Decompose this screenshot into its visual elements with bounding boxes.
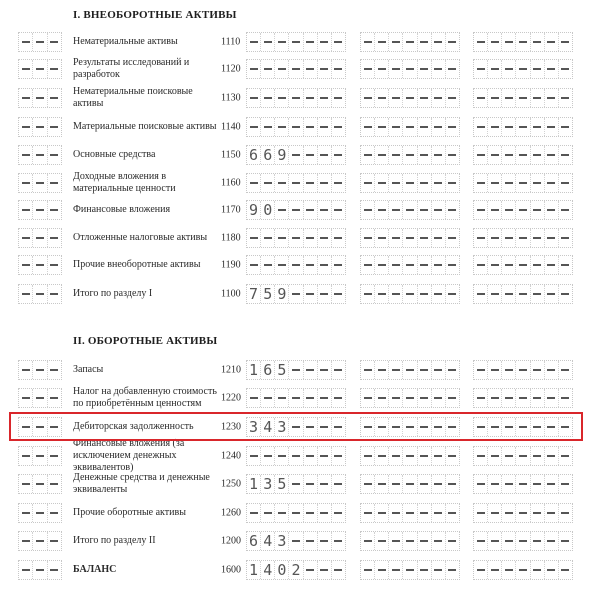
digit-slot: [331, 504, 345, 522]
note-cell[interactable]: [18, 503, 62, 523]
digit-slot: [474, 174, 487, 192]
digit-slot: [402, 504, 416, 522]
value-cell-3[interactable]: [473, 446, 573, 466]
digit-slot: [388, 174, 402, 192]
digit-slot: [501, 418, 515, 436]
row-label: Материальные поисковые активы: [73, 121, 221, 133]
digit-slot: [32, 418, 46, 436]
digit-slot: [558, 256, 572, 274]
digit-slot: [274, 33, 288, 51]
note-cell[interactable]: [18, 284, 62, 304]
digit-slot: [388, 201, 402, 219]
digit-slot: [445, 285, 459, 303]
digit-slot: [361, 504, 374, 522]
digit-slot: [417, 447, 431, 465]
value-cell-3[interactable]: [473, 173, 573, 193]
note-cell[interactable]: [18, 474, 62, 494]
value-cell-1[interactable]: 669: [246, 145, 346, 165]
digit-slot: [317, 418, 331, 436]
value-cell-1[interactable]: [246, 59, 346, 79]
digit-slot: [445, 475, 459, 493]
digit-slot: [402, 118, 416, 136]
value-cell-2[interactable]: [360, 388, 460, 408]
digit-slot: [487, 361, 501, 379]
digit-slot: [361, 561, 374, 579]
row-label: Итого по разделу II: [73, 535, 221, 547]
digit-slot: 9: [274, 285, 288, 303]
row-label: Основные средства: [73, 149, 221, 161]
row-code: 1220: [221, 393, 241, 404]
digit-slot: [288, 60, 302, 78]
digit-slot: [431, 33, 445, 51]
digit-slot: [501, 89, 515, 107]
digit-slot: [474, 561, 487, 579]
digit-slot: [501, 229, 515, 247]
note-cell[interactable]: [18, 145, 62, 165]
digit-slot: [530, 229, 544, 247]
value-cell-2[interactable]: [360, 173, 460, 193]
value-cell-2[interactable]: [360, 59, 460, 79]
value-cell-3[interactable]: [473, 200, 573, 220]
form-row-1240: Финансовые вложения (за исключением дене…: [0, 442, 600, 470]
value-cell-2[interactable]: [360, 417, 460, 437]
row-label: БАЛАНС: [73, 564, 221, 576]
digit-slot: [544, 229, 558, 247]
digit-slot: [445, 447, 459, 465]
digit-slot: [445, 504, 459, 522]
digit-slot: [544, 146, 558, 164]
digit-slot: [19, 561, 32, 579]
digit-slot: [515, 174, 529, 192]
value-cell-1[interactable]: [246, 503, 346, 523]
digit-slot: [487, 89, 501, 107]
note-cell[interactable]: [18, 388, 62, 408]
value-cell-3[interactable]: [473, 560, 573, 580]
digit-slot: [515, 89, 529, 107]
digit-slot: [19, 285, 32, 303]
digit-slot: [274, 389, 288, 407]
digit-slot: [487, 60, 501, 78]
value-cell-2[interactable]: [360, 531, 460, 551]
digit-slot: [501, 118, 515, 136]
digit-slot: [303, 361, 317, 379]
digit-slot: 4: [260, 418, 274, 436]
digit-slot: [388, 447, 402, 465]
digit-slot: [544, 256, 558, 274]
value-cell-1[interactable]: 343: [246, 417, 346, 437]
form-row-1250: Денежные средства и денежные эквиваленты…: [0, 470, 600, 498]
row-label: Дебиторская задолженность: [73, 421, 221, 433]
digit-slot: [417, 201, 431, 219]
digit-slot: [361, 389, 374, 407]
digit-slot: [402, 33, 416, 51]
value-cell-1[interactable]: 165: [246, 360, 346, 380]
row-label: Нематериальные активы: [73, 36, 221, 48]
digit-slot: [530, 504, 544, 522]
note-cell[interactable]: [18, 173, 62, 193]
digit-slot: [19, 389, 32, 407]
digit-slot: [544, 89, 558, 107]
form-row-1130: Нематериальные поисковые активы1130: [0, 84, 600, 112]
value-cell-1[interactable]: 1402: [246, 560, 346, 580]
digit-slot: [515, 418, 529, 436]
value-cell-1[interactable]: [246, 117, 346, 137]
digit-slot: [445, 201, 459, 219]
digit-slot: [32, 447, 46, 465]
digit-slot: [487, 504, 501, 522]
digit-slot: 5: [274, 475, 288, 493]
digit-slot: [558, 447, 572, 465]
digit-slot: [288, 532, 302, 550]
digit-slot: [445, 229, 459, 247]
digit-slot: [303, 174, 317, 192]
digit-slot: [445, 89, 459, 107]
row-code: 1600: [221, 565, 241, 576]
digit-slot: [331, 174, 345, 192]
digit-slot: [501, 285, 515, 303]
digit-slot: [474, 447, 487, 465]
digit-slot: [303, 561, 317, 579]
digit-slot: 5: [274, 361, 288, 379]
digit-slot: 6: [247, 532, 260, 550]
value-cell-2[interactable]: [360, 255, 460, 275]
digit-slot: [47, 285, 61, 303]
digit-slot: [274, 118, 288, 136]
digit-slot: [317, 118, 331, 136]
row-code: 1150: [221, 150, 241, 161]
digit-slot: [501, 33, 515, 51]
digit-slot: [303, 118, 317, 136]
digit-slot: [544, 285, 558, 303]
digit-slot: [317, 33, 331, 51]
digit-slot: [544, 60, 558, 78]
row-code: 1100: [221, 289, 241, 300]
digit-slot: [474, 504, 487, 522]
digit-slot: [274, 229, 288, 247]
digit-slot: [530, 389, 544, 407]
digit-slot: [303, 475, 317, 493]
digit-slot: 1: [247, 475, 260, 493]
digit-slot: [417, 89, 431, 107]
digit-slot: [361, 146, 374, 164]
digit-slot: [417, 532, 431, 550]
digit-slot: [402, 561, 416, 579]
value-cell-1[interactable]: [246, 32, 346, 52]
digit-slot: [487, 561, 501, 579]
value-cell-3[interactable]: [473, 88, 573, 108]
value-cell-1[interactable]: [246, 388, 346, 408]
value-cell-2[interactable]: [360, 32, 460, 52]
digit-slot: [32, 60, 46, 78]
digit-slot: [474, 89, 487, 107]
digit-slot: [544, 504, 558, 522]
value-cell-1[interactable]: [246, 88, 346, 108]
digit-slot: [431, 118, 445, 136]
digit-slot: [288, 361, 302, 379]
digit-slot: [317, 174, 331, 192]
digit-slot: [544, 361, 558, 379]
digit-slot: [331, 60, 345, 78]
note-cell[interactable]: [18, 446, 62, 466]
digit-slot: [431, 146, 445, 164]
digit-slot: [388, 89, 402, 107]
digit-slot: [303, 146, 317, 164]
digit-slot: [402, 229, 416, 247]
digit-slot: [247, 118, 260, 136]
digit-slot: [431, 389, 445, 407]
digit-slot: [544, 33, 558, 51]
digit-slot: [374, 475, 388, 493]
digit-slot: [288, 256, 302, 274]
value-cell-3[interactable]: [473, 388, 573, 408]
digit-slot: [431, 229, 445, 247]
form-row-1140: Материальные поисковые активы1140: [0, 113, 600, 141]
value-cell-3[interactable]: [473, 228, 573, 248]
form-row-1100: Итого по разделу I1100759: [0, 280, 600, 308]
digit-slot: [331, 256, 345, 274]
digit-slot: [317, 561, 331, 579]
digit-slot: [558, 146, 572, 164]
digit-slot: 0: [274, 561, 288, 579]
value-cell-3[interactable]: [473, 255, 573, 275]
digit-slot: [445, 118, 459, 136]
note-cell[interactable]: [18, 88, 62, 108]
digit-slot: [530, 89, 544, 107]
digit-slot: [417, 118, 431, 136]
note-cell[interactable]: [18, 360, 62, 380]
digit-slot: [558, 229, 572, 247]
digit-slot: [417, 146, 431, 164]
digit-slot: [530, 447, 544, 465]
digit-slot: [288, 229, 302, 247]
digit-slot: [317, 447, 331, 465]
digit-slot: [530, 418, 544, 436]
value-cell-3[interactable]: [473, 284, 573, 304]
digit-slot: [431, 418, 445, 436]
note-cell[interactable]: [18, 255, 62, 275]
value-cell-2[interactable]: [360, 360, 460, 380]
digit-slot: [417, 174, 431, 192]
digit-slot: [530, 146, 544, 164]
value-cell-3[interactable]: [473, 145, 573, 165]
digit-slot: [558, 561, 572, 579]
digit-slot: [361, 201, 374, 219]
digit-slot: [303, 60, 317, 78]
form-row-1180: Отложенные налоговые активы1180: [0, 224, 600, 252]
value-cell-3[interactable]: [473, 117, 573, 137]
digit-slot: [374, 60, 388, 78]
value-cell-2[interactable]: [360, 474, 460, 494]
digit-slot: [32, 201, 46, 219]
digit-slot: [445, 60, 459, 78]
digit-slot: [558, 118, 572, 136]
row-label: Денежные средства и денежные эквиваленты: [73, 472, 221, 496]
digit-slot: [544, 447, 558, 465]
value-cell-3[interactable]: [473, 474, 573, 494]
value-cell-3[interactable]: [473, 503, 573, 523]
note-cell[interactable]: [18, 560, 62, 580]
digit-slot: [431, 532, 445, 550]
digit-slot: [515, 361, 529, 379]
value-cell-3[interactable]: [473, 59, 573, 79]
value-cell-1[interactable]: [246, 255, 346, 275]
digit-slot: [402, 361, 416, 379]
digit-slot: [47, 229, 61, 247]
digit-slot: [515, 229, 529, 247]
value-cell-1[interactable]: 643: [246, 531, 346, 551]
value-cell-3[interactable]: [473, 360, 573, 380]
digit-slot: [247, 89, 260, 107]
digit-slot: [303, 532, 317, 550]
value-cell-2[interactable]: [360, 200, 460, 220]
digit-slot: [361, 89, 374, 107]
digit-slot: [260, 174, 274, 192]
value-cell-2[interactable]: [360, 117, 460, 137]
digit-slot: [487, 256, 501, 274]
row-code: 1110: [221, 37, 240, 48]
digit-slot: [530, 561, 544, 579]
note-cell[interactable]: [18, 531, 62, 551]
value-cell-2[interactable]: [360, 88, 460, 108]
digit-slot: [317, 389, 331, 407]
digit-slot: [32, 146, 46, 164]
value-cell-2[interactable]: [360, 560, 460, 580]
value-cell-3[interactable]: [473, 531, 573, 551]
digit-slot: [402, 475, 416, 493]
digit-slot: [474, 201, 487, 219]
digit-slot: [501, 504, 515, 522]
digit-slot: [474, 418, 487, 436]
digit-slot: [417, 561, 431, 579]
note-cell[interactable]: [18, 117, 62, 137]
digit-slot: [501, 146, 515, 164]
row-code: 1120: [221, 64, 241, 75]
value-cell-1[interactable]: [246, 228, 346, 248]
digit-slot: [501, 561, 515, 579]
digit-slot: [303, 447, 317, 465]
digit-slot: 3: [260, 475, 274, 493]
digit-slot: [361, 229, 374, 247]
digit-slot: [417, 285, 431, 303]
digit-slot: [361, 256, 374, 274]
digit-slot: [374, 561, 388, 579]
digit-slot: [544, 561, 558, 579]
value-cell-1[interactable]: [246, 446, 346, 466]
value-cell-1[interactable]: 90: [246, 200, 346, 220]
note-cell[interactable]: [18, 59, 62, 79]
digit-slot: [374, 89, 388, 107]
digit-slot: [361, 174, 374, 192]
digit-slot: [474, 60, 487, 78]
value-cell-1[interactable]: 135: [246, 474, 346, 494]
digit-slot: [32, 389, 46, 407]
digit-slot: [303, 201, 317, 219]
digit-slot: 7: [247, 285, 260, 303]
digit-slot: [388, 389, 402, 407]
value-cell-1[interactable]: 759: [246, 284, 346, 304]
row-label: Доходные вложения в материальные ценност…: [73, 171, 221, 195]
digit-slot: [288, 174, 302, 192]
digit-slot: [530, 256, 544, 274]
digit-slot: [487, 201, 501, 219]
digit-slot: 9: [274, 146, 288, 164]
digit-slot: [47, 60, 61, 78]
digit-slot: [558, 201, 572, 219]
value-cell-2[interactable]: [360, 446, 460, 466]
digit-slot: [274, 504, 288, 522]
digit-slot: [474, 285, 487, 303]
digit-slot: [374, 33, 388, 51]
digit-slot: [19, 89, 32, 107]
digit-slot: [331, 118, 345, 136]
digit-slot: [487, 229, 501, 247]
form-row-1170: Финансовые вложения117090: [0, 196, 600, 224]
value-cell-2[interactable]: [360, 145, 460, 165]
note-cell[interactable]: [18, 228, 62, 248]
digit-slot: [32, 561, 46, 579]
note-cell[interactable]: [18, 200, 62, 220]
digit-slot: [417, 256, 431, 274]
digit-slot: [303, 33, 317, 51]
digit-slot: 6: [247, 146, 260, 164]
digit-slot: [19, 201, 32, 219]
digit-slot: [331, 33, 345, 51]
value-cell-2[interactable]: [360, 284, 460, 304]
digit-slot: [274, 60, 288, 78]
digit-slot: [374, 532, 388, 550]
digit-slot: [361, 418, 374, 436]
row-label: Результаты исследований и разработок: [73, 57, 221, 81]
digit-slot: [402, 89, 416, 107]
digit-slot: [374, 389, 388, 407]
value-cell-2[interactable]: [360, 228, 460, 248]
row-label: Финансовые вложения (за исключением дене…: [73, 438, 221, 474]
digit-slot: [431, 285, 445, 303]
digit-slot: [331, 229, 345, 247]
value-cell-2[interactable]: [360, 503, 460, 523]
digit-slot: [331, 475, 345, 493]
value-cell-1[interactable]: [246, 173, 346, 193]
digit-slot: 0: [260, 201, 274, 219]
digit-slot: [331, 146, 345, 164]
digit-slot: [474, 389, 487, 407]
form-row-1160: Доходные вложения в материальные ценност…: [0, 169, 600, 197]
digit-slot: [260, 33, 274, 51]
digit-slot: [288, 118, 302, 136]
digit-slot: 9: [247, 201, 260, 219]
value-cell-3[interactable]: [473, 417, 573, 437]
digit-slot: [544, 201, 558, 219]
digit-slot: [515, 475, 529, 493]
digit-slot: [515, 504, 529, 522]
row-code: 1170: [221, 205, 241, 216]
digit-slot: [361, 447, 374, 465]
digit-slot: [544, 389, 558, 407]
row-code: 1190: [221, 260, 241, 271]
digit-slot: [317, 201, 331, 219]
digit-slot: 3: [247, 418, 260, 436]
digit-slot: [32, 285, 46, 303]
digit-slot: [515, 118, 529, 136]
digit-slot: [288, 389, 302, 407]
digit-slot: [317, 146, 331, 164]
digit-slot: [515, 201, 529, 219]
note-cell[interactable]: [18, 417, 62, 437]
value-cell-3[interactable]: [473, 32, 573, 52]
digit-slot: [445, 389, 459, 407]
note-cell[interactable]: [18, 32, 62, 52]
row-code: 1200: [221, 536, 241, 547]
